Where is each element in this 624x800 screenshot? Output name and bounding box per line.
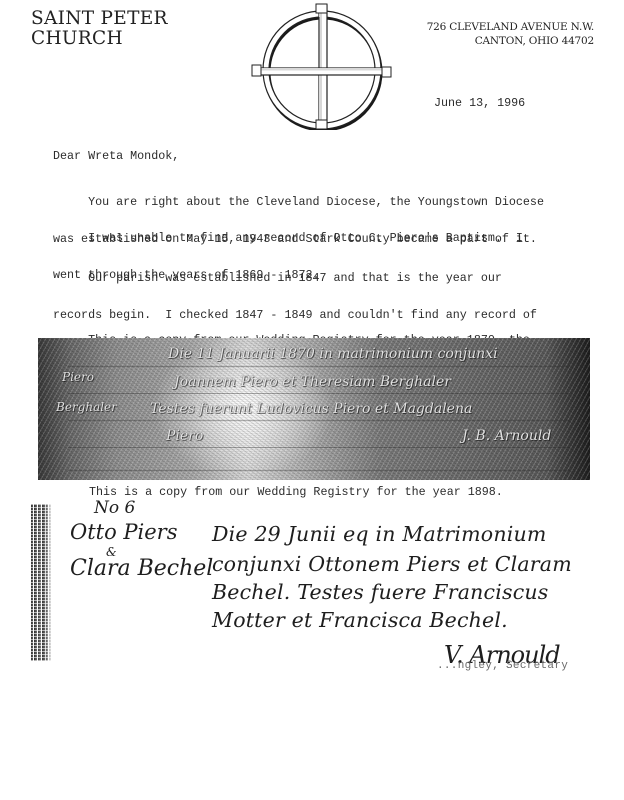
signature-caption: ...ngley, Secretary [437,660,568,672]
address-street: 726 CLEVELAND AVENUE N.W. [427,20,594,34]
bride-name: Clara Bechel [70,556,213,581]
scan-line: Piero [166,428,203,444]
scan-line: Testes fuerunt Ludovicus Piero et Magdal… [150,401,472,417]
letter-date: June 13, 1996 [434,97,525,109]
address-city: CANTON, OHIO 44702 [427,34,594,48]
entry-line: Motter et Francisca Bechel. [212,608,508,632]
entry-number: No 6 [94,498,135,518]
scan-line: Die 11 Januarii 1870 in matrimonium conj… [168,346,498,362]
paragraph-line: I was unable to find any record of Otto … [53,232,523,244]
paragraph-line: Our parish was established in 1847 and t… [53,272,537,284]
church-name: SAINT PETER CHURCH [31,9,168,49]
registry-1898-caption: This is a copy from our Wedding Registry… [89,486,503,498]
groom-name: Otto Piers [70,520,178,544]
salutation: Dear Wreta Mondok, [53,150,179,162]
circled-cross-icon [246,2,396,130]
church-name-line-1: SAINT PETER [31,9,168,29]
entry-line: Die 29 Junii eq in Matrimonium [212,522,547,546]
church-address: 726 CLEVELAND AVENUE N.W. CANTON, OHIO 4… [427,20,594,48]
entry-line: conjunxi Ottonem Piers et Claram [212,552,572,576]
scan-edge-strip [29,504,53,661]
registry-1870-scan: Piero Berghaler Die 11 Januarii 1870 in … [38,338,590,480]
entry-line: Bechel. Testes fuere Franciscus [212,580,549,604]
paragraph-line: You are right about the Cleveland Dioces… [53,196,544,208]
church-name-line-2: CHURCH [31,29,168,49]
scan-line: Joannem Piero et Theresiam Berghaler [174,374,451,390]
scan-margin-note: Piero [62,370,94,384]
scan-signature: J. B. Arnould [462,428,551,444]
scan-margin-note: Berghaler [56,400,117,414]
